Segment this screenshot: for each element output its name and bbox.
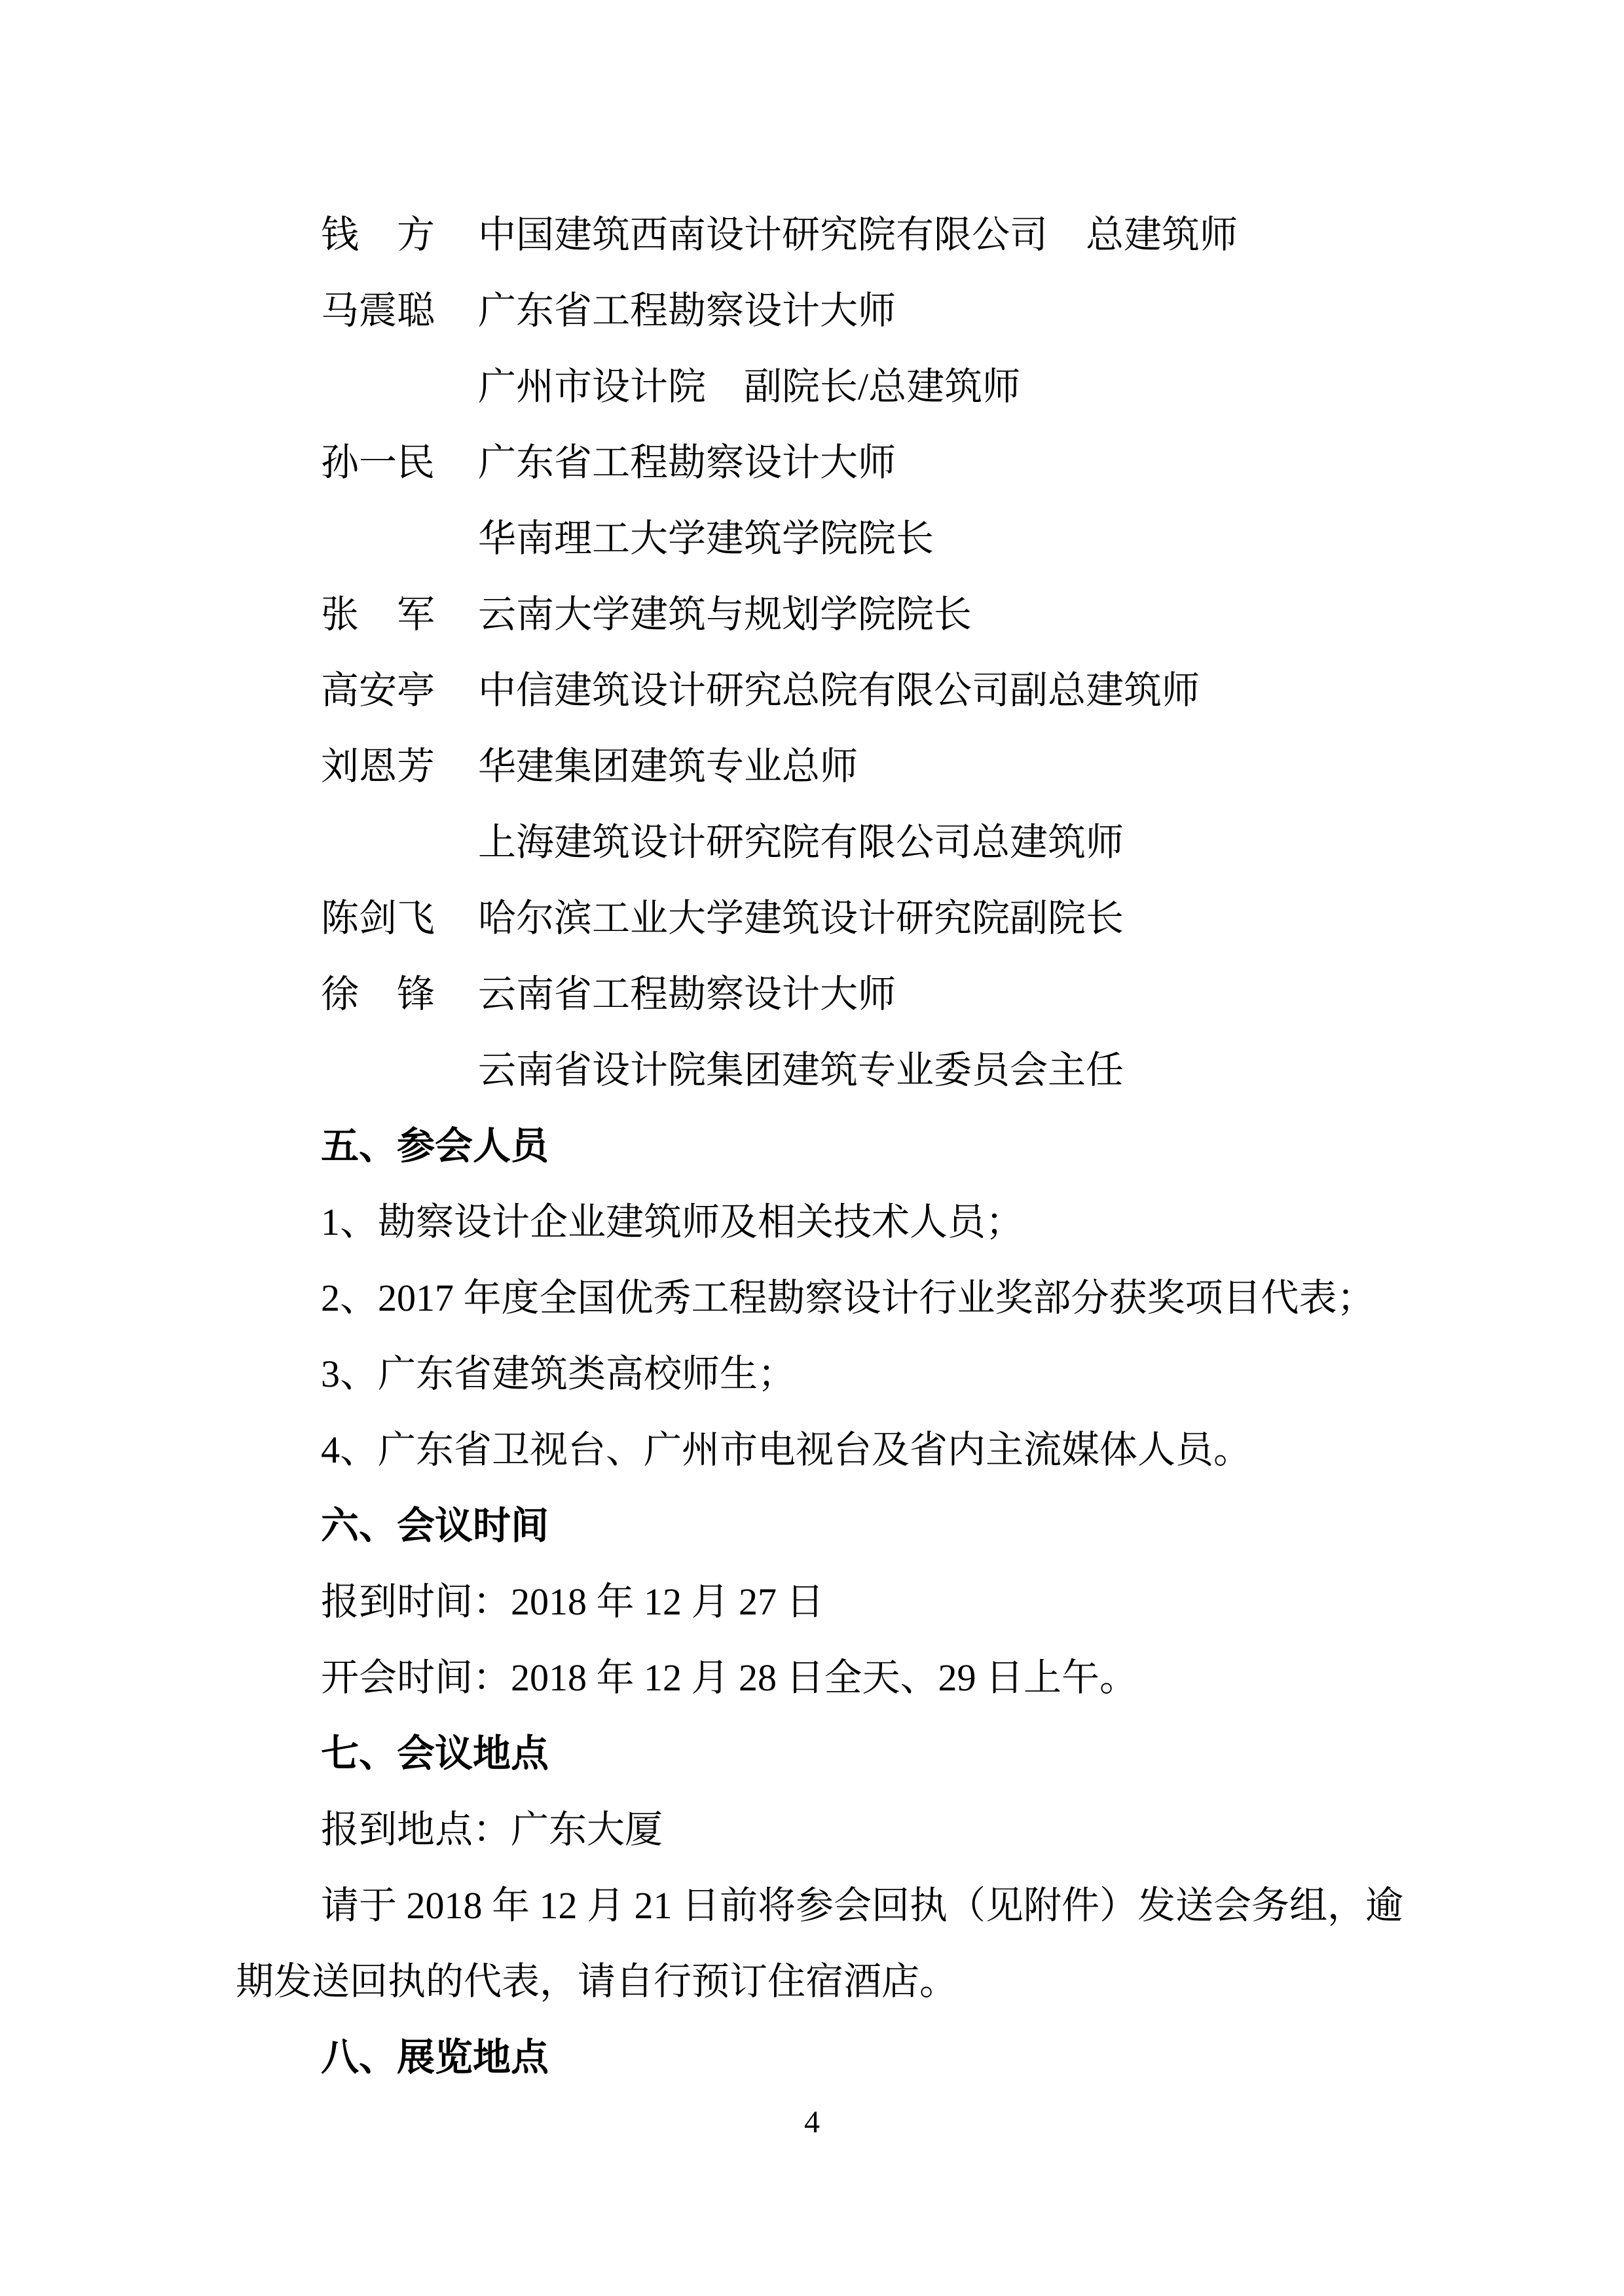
paragraph-line: 期发送回执的代表，请自行预订住宿酒店。 bbox=[236, 1944, 1392, 2020]
attendee-org-continuation: 广州市设计院 副院长/总建筑师 bbox=[236, 349, 1392, 425]
attendee-org: 中信建筑设计研究总院有限公司副总建筑师 bbox=[478, 669, 1200, 712]
attendee-row: 钱 方中国建筑西南设计研究院有限公司 总建筑师 bbox=[236, 197, 1392, 273]
section-heading: 五、参会人员 bbox=[236, 1108, 1392, 1184]
attendee-name: 高安亭 bbox=[321, 653, 478, 729]
attendee-name: 刘恩芳 bbox=[321, 729, 478, 805]
attendee-org: 云南省工程勘察设计大师 bbox=[478, 973, 896, 1015]
attendee-org-continuation: 云南省设计院集团建筑专业委员会主任 bbox=[236, 1032, 1392, 1108]
list-item: 报到时间：2018 年 12 月 27 日 bbox=[236, 1564, 1392, 1640]
attendee-row: 陈剑飞哈尔滨工业大学建筑设计研究院副院长 bbox=[236, 881, 1392, 957]
list-item: 3、广东省建筑类高校师生； bbox=[236, 1336, 1392, 1412]
document-page: 钱 方中国建筑西南设计研究院有限公司 总建筑师马震聪广东省工程勘察设计大师广州市… bbox=[0, 0, 1624, 2296]
attendee-row: 张 军云南大学建筑与规划学院院长 bbox=[236, 577, 1392, 653]
document-body: 钱 方中国建筑西南设计研究院有限公司 总建筑师马震聪广东省工程勘察设计大师广州市… bbox=[236, 197, 1392, 2096]
attendee-org-continuation: 上海建筑设计研究院有限公司总建筑师 bbox=[236, 805, 1392, 881]
attendee-org: 广东省工程勘察设计大师 bbox=[478, 289, 896, 332]
attendee-name: 钱 方 bbox=[321, 197, 478, 273]
list-item: 2、2017 年度全国优秀工程勘察设计行业奖部分获奖项目代表； bbox=[236, 1260, 1392, 1336]
attendee-row: 高安亭中信建筑设计研究总院有限公司副总建筑师 bbox=[236, 653, 1392, 729]
attendee-row: 徐 锋云南省工程勘察设计大师 bbox=[236, 957, 1392, 1032]
list-item: 1、勘察设计企业建筑师及相关技术人员； bbox=[236, 1184, 1392, 1260]
list-item: 报到地点：广东大厦 bbox=[236, 1792, 1392, 1868]
section-heading: 六、会议时间 bbox=[236, 1488, 1392, 1564]
attendee-org: 中国建筑西南设计研究院有限公司 总建筑师 bbox=[478, 213, 1238, 256]
attendee-org: 云南大学建筑与规划学院院长 bbox=[478, 593, 972, 636]
section-heading: 八、展览地点 bbox=[236, 2020, 1392, 2096]
attendee-name: 徐 锋 bbox=[321, 957, 478, 1032]
attendee-org: 广东省工程勘察设计大师 bbox=[478, 441, 896, 484]
attendee-row: 马震聪广东省工程勘察设计大师 bbox=[236, 273, 1392, 349]
attendee-name: 陈剑飞 bbox=[321, 881, 478, 957]
attendee-org: 华建集团建筑专业总师 bbox=[478, 745, 858, 788]
attendee-row: 刘恩芳华建集团建筑专业总师 bbox=[236, 729, 1392, 805]
attendee-name: 马震聪 bbox=[321, 273, 478, 349]
page-number: 4 bbox=[0, 2107, 1624, 2138]
attendee-name: 张 军 bbox=[321, 577, 478, 653]
attendee-org-continuation: 华南理工大学建筑学院院长 bbox=[236, 501, 1392, 577]
attendee-name: 孙一民 bbox=[321, 425, 478, 501]
section-heading: 七、会议地点 bbox=[236, 1716, 1392, 1792]
attendee-org: 哈尔滨工业大学建筑设计研究院副院长 bbox=[478, 897, 1124, 939]
list-item: 4、广东省卫视台、广州市电视台及省内主流媒体人员。 bbox=[236, 1412, 1392, 1488]
attendee-row: 孙一民广东省工程勘察设计大师 bbox=[236, 425, 1392, 501]
list-item: 开会时间：2018 年 12 月 28 日全天、29 日上午。 bbox=[236, 1640, 1392, 1716]
list-item: 请于 2018 年 12 月 21 日前将参会回执（见附件）发送会务组，逾 bbox=[236, 1868, 1392, 1944]
